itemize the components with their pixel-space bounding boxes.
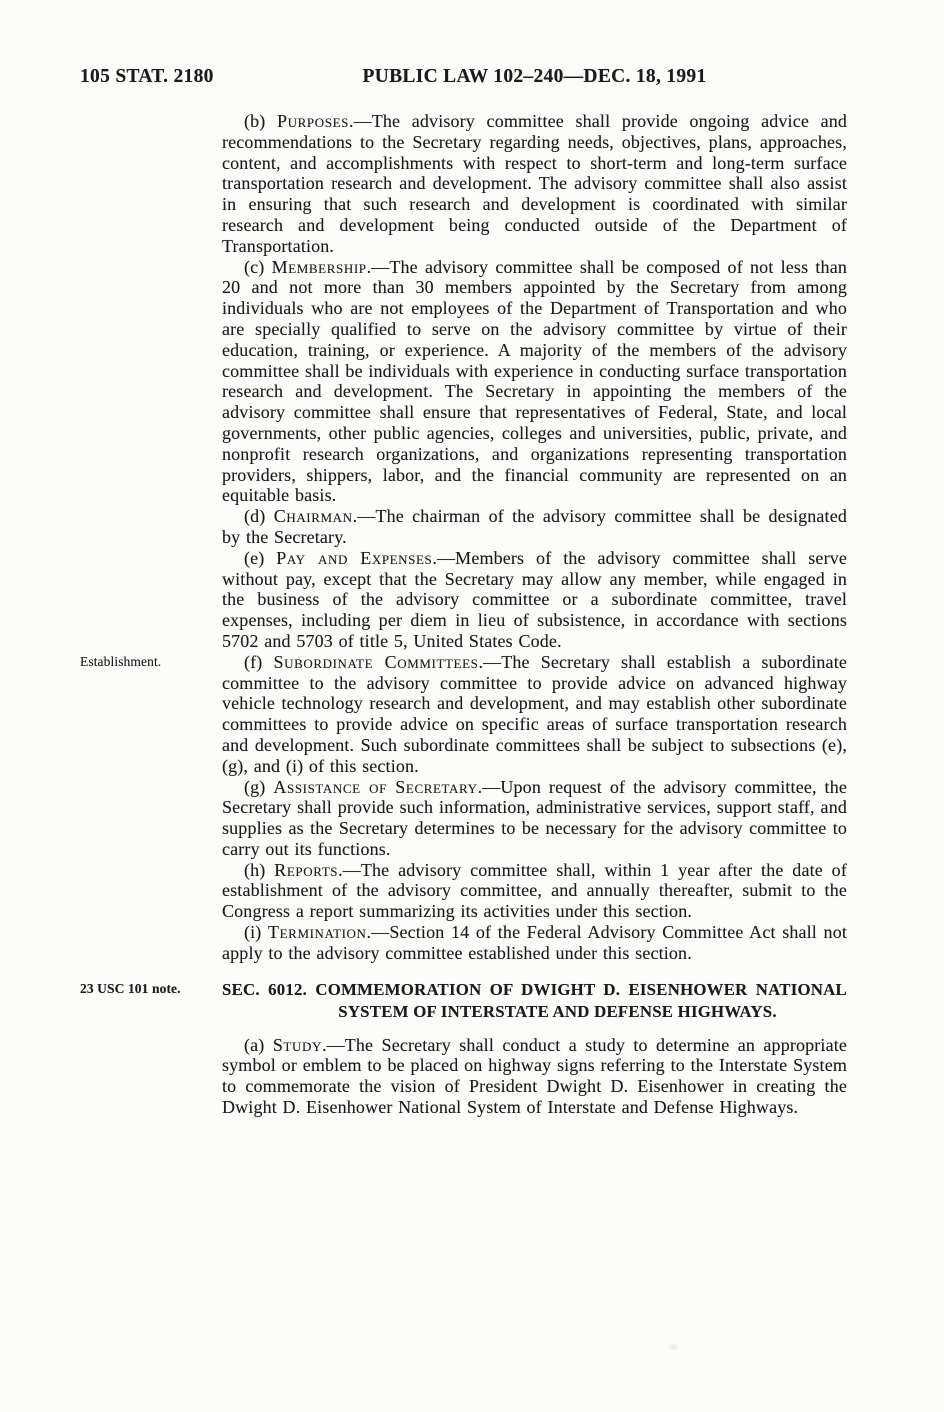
- subsection-d: (d) Chairman.—The chairman of the adviso…: [222, 506, 847, 548]
- scan-smudge: [668, 1344, 678, 1350]
- subsection-heading: Pay and Expenses: [276, 548, 432, 568]
- subsection-heading: Subordinate Committees: [273, 652, 478, 672]
- subsection-i: (i) Termination.—Section 14 of the Feder…: [222, 922, 847, 964]
- subsection-a: (a) Study.—The Secretary shall conduct a…: [222, 1035, 847, 1118]
- subsection-heading: Reports: [274, 860, 338, 880]
- section-heading: 23 USC 101 note.SEC. 6012. COMMEMORATION…: [222, 979, 847, 1024]
- subsection-h: (h) Reports.—The advisory committee shal…: [222, 860, 847, 922]
- section-heading-line2: SYSTEM OF INTERSTATE AND DEFENSE HIGHWAY…: [222, 1001, 847, 1024]
- subsection-g: (g) Assistance of Secretary.—Upon reques…: [222, 777, 847, 860]
- statute-page: 105 STAT. 2180 PUBLIC LAW 102–240—DEC. 1…: [0, 0, 944, 1412]
- subsection-f: Establishment.(f) Subordinate Committees…: [222, 652, 847, 777]
- subsection-c: (c) Membership.—The advisory committee s…: [222, 257, 847, 507]
- subsection-heading: Chairman: [274, 506, 353, 526]
- subsection-e: (e) Pay and Expenses.—Members of the adv…: [222, 548, 847, 652]
- subsection-heading: Purposes: [277, 111, 349, 131]
- subsection-heading: Termination: [268, 922, 366, 942]
- subsection-heading: Membership: [272, 257, 367, 277]
- margin-note-usc: 23 USC 101 note.: [80, 981, 216, 997]
- stat-citation: 105 STAT. 2180: [80, 66, 214, 88]
- subsection-heading: Study: [273, 1035, 322, 1055]
- law-title: PUBLIC LAW 102–240—DEC. 18, 1991: [222, 66, 847, 88]
- subsection-b: (b) Purposes.—The advisory committee sha…: [222, 111, 847, 257]
- running-head: 105 STAT. 2180 PUBLIC LAW 102–240—DEC. 1…: [80, 66, 847, 92]
- body-column: (b) Purposes.—The advisory committee sha…: [222, 111, 847, 1118]
- section-heading-line1: SEC. 6012. COMMEMORATION OF DWIGHT D. EI…: [222, 979, 847, 1002]
- margin-note-establishment: Establishment.: [80, 654, 216, 670]
- subsection-heading: Assistance of Secretary: [273, 777, 477, 797]
